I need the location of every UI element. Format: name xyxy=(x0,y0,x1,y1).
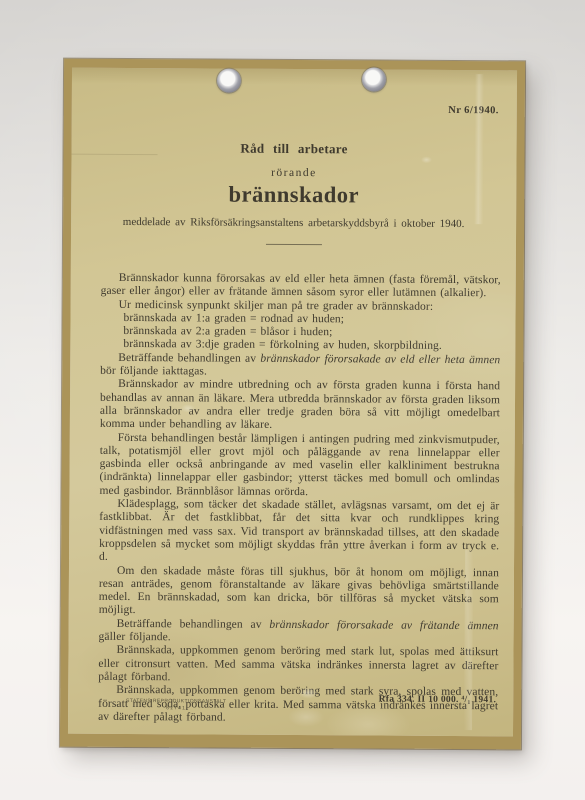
grommet-hole xyxy=(224,76,234,86)
paragraph: Beträffande behandlingen av brännskador … xyxy=(99,618,499,647)
title-line-1: Råd till arbetare xyxy=(72,140,517,159)
title-divider xyxy=(265,244,321,245)
paragraph: Första behandlingen består lämpligen i a… xyxy=(99,431,499,500)
subtitle: meddelade av Riksförsäkringsanstaltens a… xyxy=(71,216,516,231)
placard: Nr 6/1940. Råd till arbetare rörande brä… xyxy=(60,59,525,750)
form-number: Rfa 334. II 10 000. ⁴/₁ 1941. xyxy=(379,695,497,706)
paragraph: Brännskador av mindre utbredning och av … xyxy=(100,378,500,434)
paragraph: Brännskador kunna förorsakas av eld elle… xyxy=(101,272,501,301)
paragraph: Om den skadade måste föras till sjukhus,… xyxy=(99,564,499,620)
paragraph: Klädesplagg, som täcker det skadade stäl… xyxy=(99,498,499,567)
paragraph: Brännskada, uppkommen genom beröring med… xyxy=(98,644,498,686)
grommet-right xyxy=(362,67,386,91)
grommet-hole xyxy=(369,74,379,84)
printer-imprint: STATENS REPRODUKTIONSANSTALT 61741 xyxy=(116,698,236,713)
grommet-left xyxy=(217,69,241,93)
title-line-3: brännskador xyxy=(71,181,516,210)
body-text: Brännskador kunna förorsakas av eld elle… xyxy=(98,272,501,727)
title-block: Råd till arbetare rörande brännskador me… xyxy=(72,68,517,71)
issue-number: Nr 6/1940. xyxy=(448,105,499,116)
title-line-2: rörande xyxy=(71,166,516,181)
printer-code: 61741 xyxy=(116,705,236,713)
paragraph: Beträffande behandlingen av brännskador … xyxy=(100,352,500,381)
